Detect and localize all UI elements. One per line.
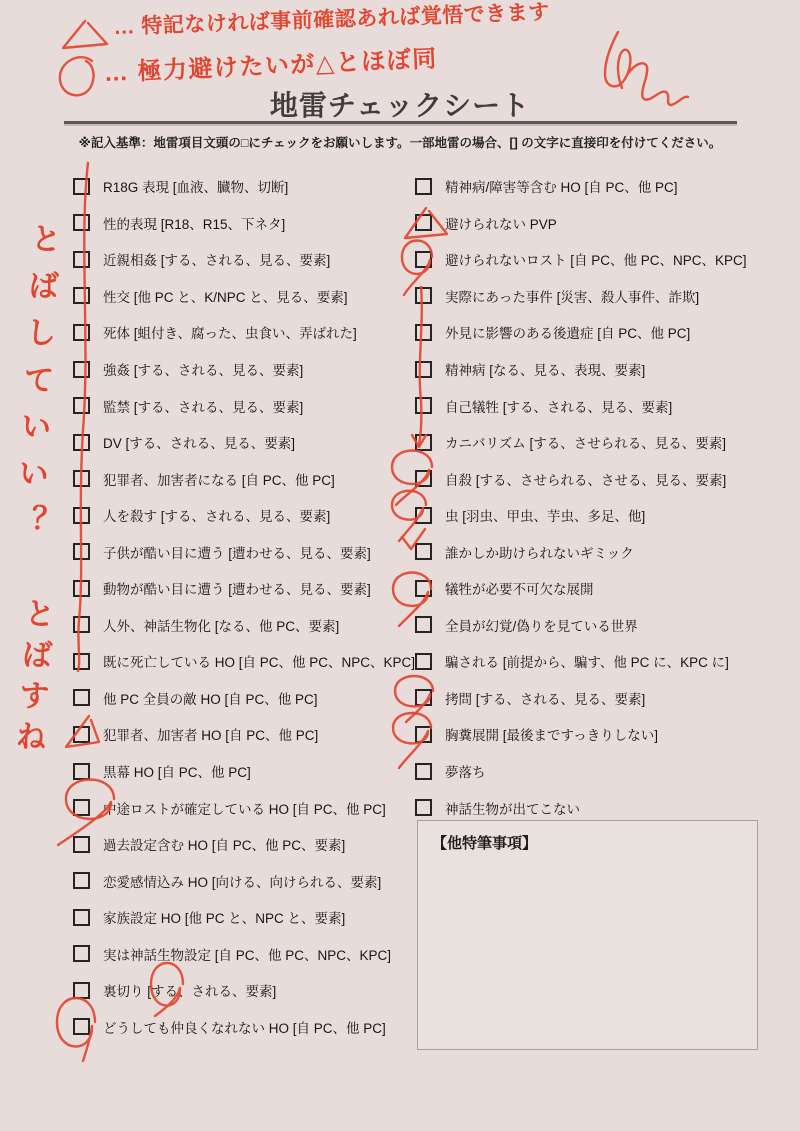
checklist-item: DV [する、される、見る、要素] — [73, 424, 413, 461]
item-label: 人を殺す [する、される、見る、要素] — [103, 505, 330, 525]
item-label: 夢落ち — [445, 761, 486, 781]
item-label: 強姦 [する、される、見る、要素] — [103, 359, 303, 379]
checkbox[interactable] — [415, 616, 432, 633]
checkbox[interactable] — [73, 872, 90, 889]
checklist-item: 黒幕 HO [自 PC、他 PC] — [73, 753, 413, 790]
checkbox[interactable] — [73, 653, 90, 670]
item-label: 避けられない PVP — [445, 213, 557, 233]
item-label: 裏切り [する、される、要素] — [103, 980, 276, 1000]
checkbox[interactable] — [415, 287, 432, 304]
item-label: 近親相姦 [する、される、見る、要素] — [103, 249, 330, 269]
checklist-item: 自己犠牲 [する、される、見る、要素] — [415, 387, 775, 424]
handwritten-legend-triangle-text: … 特記なければ事前確認あれば覚悟できます — [113, 0, 550, 41]
legend-triangle-icon — [63, 21, 107, 48]
item-label: 子供が酷い目に遭う [遭わせる、見る、要素] — [103, 542, 371, 562]
handwritten-margin-note-line2: とばすね — [4, 596, 60, 763]
fill-instruction: ※記入基準：地雷項目文頭の□にチェックをお願いします。一部地雷の場合、[] の文… — [0, 133, 800, 151]
item-label: 他 PC 全員の敵 HO [自 PC、他 PC] — [103, 688, 318, 708]
checklist-item: 子供が酷い目に遭う [遭わせる、見る、要素] — [73, 533, 413, 570]
checkbox[interactable] — [73, 324, 90, 341]
checkbox[interactable] — [73, 763, 90, 780]
checklist-item: どうしても仲良くなれない HO [自 PC、他 PC] — [73, 1009, 413, 1046]
checkbox[interactable] — [415, 251, 432, 268]
item-label: R18G 表現 [血液、臓物、切断] — [103, 176, 288, 196]
checkbox[interactable] — [415, 580, 432, 597]
item-label: 人外、神話生物化 [なる、他 PC、要素] — [103, 615, 339, 635]
checklist-left-column: R18G 表現 [血液、臓物、切断] 性的表現 [R18、R15、下ネタ] 近親… — [73, 168, 413, 1045]
checklist-item: R18G 表現 [血液、臓物、切断] — [73, 168, 413, 205]
checklist-item: 死体 [蛆付き、腐った、虫食い、弄ばれた] — [73, 314, 413, 351]
item-label: 精神病/障害等含む HO [自 PC、他 PC] — [445, 176, 678, 196]
item-label: 犯罪者、加害者になる [自 PC、他 PC] — [103, 469, 335, 489]
checkbox[interactable] — [73, 178, 90, 195]
checklist-item: 過去設定含む HO [自 PC、他 PC、要素] — [73, 826, 413, 863]
checklist-item: 自殺 [する、させられる、させる、見る、要素] — [415, 460, 775, 497]
notes-box-label: 【他特筆事項】 — [432, 835, 537, 852]
checklist-item: 精神病 [なる、見る、表現、要素] — [415, 351, 775, 388]
checklist-item: 既に死亡している HO [自 PC、他 PC、NPC、KPC] — [73, 643, 413, 680]
item-label: どうしても仲良くなれない HO [自 PC、他 PC] — [103, 1017, 386, 1037]
checkbox[interactable] — [415, 324, 432, 341]
checklist-item: 犯罪者、加害者になる [自 PC、他 PC] — [73, 460, 413, 497]
item-label: カニバリズム [する、させられる、見る、要素] — [445, 432, 726, 452]
item-label: 死体 [蛆付き、腐った、虫食い、弄ばれた] — [103, 322, 357, 342]
checkbox[interactable] — [415, 434, 432, 451]
checkbox[interactable] — [73, 287, 90, 304]
item-label: 既に死亡している HO [自 PC、他 PC、NPC、KPC] — [103, 651, 415, 671]
checklist-item: 性交 [他 PC と、K/NPC と、見る、要素] — [73, 278, 413, 315]
checkbox[interactable] — [73, 689, 90, 706]
item-label: 外見に影響のある後遺症 [自 PC、他 PC] — [445, 322, 690, 342]
item-label: 全員が幻覚/偽りを見ている世界 — [445, 615, 638, 635]
item-label: 虫 [羽虫、甲虫、芋虫、多足、他] — [445, 505, 645, 525]
checkbox[interactable] — [73, 580, 90, 597]
item-label: 家族設定 HO [他 PC と、NPC と、要素] — [103, 907, 345, 927]
checkbox[interactable] — [415, 214, 432, 231]
checklist-item: 犯罪者、加害者 HO [自 PC、他 PC] — [73, 716, 413, 753]
checkbox[interactable] — [73, 945, 90, 962]
page-title: 地雷チェックシート — [0, 84, 800, 124]
title-divider — [64, 121, 737, 126]
item-label: 自殺 [する、させられる、させる、見る、要素] — [445, 469, 726, 489]
handwritten-legend-circle-text: … 極力避けたいが△とほぼ同 — [103, 38, 438, 88]
checklist-item: 家族設定 HO [他 PC と、NPC と、要素] — [73, 899, 413, 936]
checkbox[interactable] — [73, 470, 90, 487]
checkbox[interactable] — [73, 799, 90, 816]
item-label: 性交 [他 PC と、K/NPC と、見る、要素] — [103, 286, 348, 306]
checklist-item: 動物が酷い目に遭う [遭わせる、見る、要素] — [73, 570, 413, 607]
handwritten-margin-note-line1: とばしていい？ — [4, 221, 66, 552]
checklist-item: 拷問 [する、される、見る、要素] — [415, 680, 775, 717]
checklist-item: 裏切り [する、される、要素] — [73, 972, 413, 1009]
checklist-right-column: 精神病/障害等含む HO [自 PC、他 PC] 避けられない PVP 避けられ… — [415, 168, 775, 826]
checklist-item: 精神病/障害等含む HO [自 PC、他 PC] — [415, 168, 775, 205]
checklist-item: 騙される [前提から、騙す、他 PC に、KPC に] — [415, 643, 775, 680]
checklist-item: 性的表現 [R18、R15、下ネタ] — [73, 205, 413, 242]
checkbox[interactable] — [73, 1018, 90, 1035]
checkbox[interactable] — [73, 726, 90, 743]
checklist-item: 全員が幻覚/偽りを見ている世界 — [415, 607, 775, 644]
item-label: 犠牲が必要不可欠な展開 — [445, 578, 594, 598]
item-label: 犯罪者、加害者 HO [自 PC、他 PC] — [103, 724, 318, 744]
checkbox[interactable] — [415, 763, 432, 780]
checklist-item: 人を殺す [する、される、見る、要素] — [73, 497, 413, 534]
item-label: 精神病 [なる、見る、表現、要素] — [445, 359, 645, 379]
checkbox[interactable] — [415, 799, 432, 816]
item-label: 誰かしか助けられないギミック — [445, 542, 634, 562]
checklist-item: 他 PC 全員の敵 HO [自 PC、他 PC] — [73, 680, 413, 717]
checklist-item: 犠牲が必要不可欠な展開 — [415, 570, 775, 607]
checkbox[interactable] — [415, 726, 432, 743]
item-label: 自己犠牲 [する、される、見る、要素] — [445, 396, 672, 416]
checklist-item: 近親相姦 [する、される、見る、要素] — [73, 241, 413, 278]
item-label: 黒幕 HO [自 PC、他 PC] — [103, 761, 251, 781]
checkbox[interactable] — [73, 543, 90, 560]
checkbox[interactable] — [73, 214, 90, 231]
checklist-item: 人外、神話生物化 [なる、他 PC、要素] — [73, 607, 413, 644]
item-label: 実際にあった事件 [災害、殺人事件、詐欺] — [445, 286, 699, 306]
checkbox[interactable] — [73, 616, 90, 633]
checkbox[interactable] — [73, 836, 90, 853]
checklist-item: 夢落ち — [415, 753, 775, 790]
item-label: 実は神話生物設定 [自 PC、他 PC、NPC、KPC] — [103, 944, 391, 964]
item-label: 監禁 [する、される、見る、要素] — [103, 396, 303, 416]
checkbox[interactable] — [415, 653, 432, 670]
checkbox[interactable] — [415, 689, 432, 706]
checkbox[interactable] — [415, 178, 432, 195]
checkbox[interactable] — [415, 470, 432, 487]
checkbox[interactable] — [73, 909, 90, 926]
checklist-item: 外見に影響のある後遺症 [自 PC、他 PC] — [415, 314, 775, 351]
notes-box[interactable]: 【他特筆事項】 — [417, 820, 758, 1050]
checkbox[interactable] — [73, 507, 90, 524]
trigger-check-sheet: 地雷チェックシート ※記入基準：地雷項目文頭の□にチェックをお願いします。一部地… — [0, 0, 800, 1131]
item-label: 恋愛感情込み HO [向ける、向けられる、要素] — [103, 871, 381, 891]
checklist-item: 中途ロストが確定している HO [自 PC、他 PC] — [73, 789, 413, 826]
checkbox[interactable] — [415, 361, 432, 378]
checklist-item: 恋愛感情込み HO [向ける、向けられる、要素] — [73, 862, 413, 899]
item-label: 動物が酷い目に遭う [遭わせる、見る、要素] — [103, 578, 371, 598]
checklist-item: 避けられない PVP — [415, 205, 775, 242]
item-label: 中途ロストが確定している HO [自 PC、他 PC] — [103, 798, 386, 818]
checkbox[interactable] — [415, 543, 432, 560]
item-label: DV [する、される、見る、要素] — [103, 432, 295, 452]
checklist-item: 実際にあった事件 [災害、殺人事件、詐欺] — [415, 278, 775, 315]
checklist-item: 誰かしか助けられないギミック — [415, 533, 775, 570]
item-label: 性的表現 [R18、R15、下ネタ] — [103, 213, 285, 233]
checklist-item: 胸糞展開 [最後まですっきりしない] — [415, 716, 775, 753]
checklist-item: 監禁 [する、される、見る、要素] — [73, 387, 413, 424]
checkbox[interactable] — [415, 507, 432, 524]
item-label: 神話生物が出てこない — [445, 798, 580, 818]
checkbox[interactable] — [73, 434, 90, 451]
item-label: 避けられないロスト [自 PC、他 PC、NPC、KPC] — [445, 249, 747, 269]
checkbox[interactable] — [73, 251, 90, 268]
item-label: 胸糞展開 [最後まですっきりしない] — [445, 724, 658, 744]
item-label: 騙される [前提から、騙す、他 PC に、KPC に] — [445, 651, 729, 671]
checkbox[interactable] — [415, 397, 432, 414]
checkbox[interactable] — [73, 361, 90, 378]
item-label: 拷問 [する、される、見る、要素] — [445, 688, 645, 708]
checklist-item: 避けられないロスト [自 PC、他 PC、NPC、KPC] — [415, 241, 775, 278]
checklist-item: 実は神話生物設定 [自 PC、他 PC、NPC、KPC] — [73, 935, 413, 972]
checkbox[interactable] — [73, 982, 90, 999]
checklist-item: カニバリズム [する、させられる、見る、要素] — [415, 424, 775, 461]
checklist-item: 虫 [羽虫、甲虫、芋虫、多足、他] — [415, 497, 775, 534]
checklist-item: 強姦 [する、される、見る、要素] — [73, 351, 413, 388]
item-label: 過去設定含む HO [自 PC、他 PC、要素] — [103, 834, 345, 854]
checkbox[interactable] — [73, 397, 90, 414]
